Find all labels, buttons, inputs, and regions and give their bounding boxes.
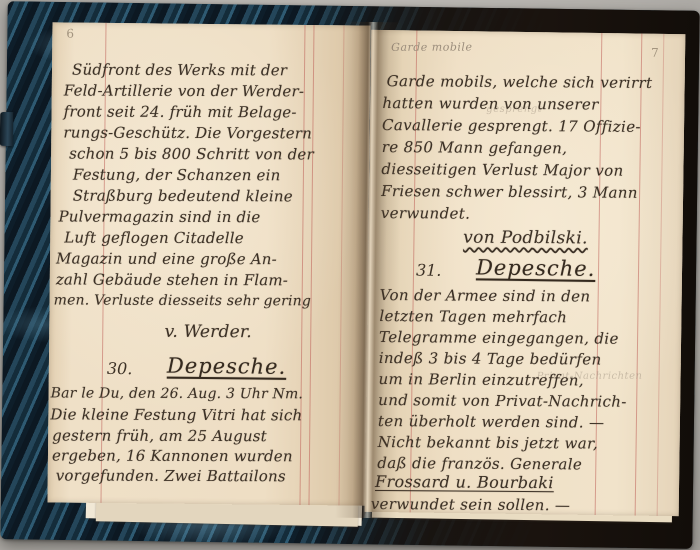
handwriting-line: schon 5 bis 800 Schritt von der [69, 144, 363, 165]
handwriting-line: um in Berlin einzutreffen, [378, 369, 674, 391]
handwriting-line: Cavallerie gesprengt. 17 Offizie- [382, 115, 678, 137]
depesche-number: 31. [416, 260, 442, 279]
handwriting-line: Friesen schwer blessirt, 3 Mann [381, 181, 677, 203]
handwriting-line: Garde mobils, welche sich verirrt [387, 71, 679, 93]
handwriting-line: rungs-Geschütz. Die Vorgestern [63, 123, 363, 144]
depesche-number: 30. [107, 359, 133, 378]
handwriting-line: zahl Gebäude stehen in Flam- [56, 269, 362, 290]
right-page: 7 Garde mobile gesprengt Privat-Nachrich… [365, 30, 686, 516]
section-heading-31: 31. Depesche. [368, 254, 682, 258]
handwriting-line: verwundet. [381, 203, 677, 225]
handwriting-line-underlined: Frossard u. Bourbaki [375, 472, 673, 494]
handwriting-line: und somit von Privat-Nachrich- [378, 390, 674, 412]
handwriting-line: hatten wurden von unserer [382, 93, 678, 115]
page-number-left: 6 [66, 27, 74, 41]
handwriting-line: Festung, der Schanzen ein [73, 165, 363, 186]
depesche-title: Depesche. [476, 255, 596, 281]
handwriting-line: front seit 24. früh mit Belage- [64, 102, 364, 123]
handwriting-line: re 850 Mann gefangen, [382, 137, 678, 159]
handwriting-line: ergeben, 16 Kannonen wurden [52, 445, 360, 466]
handwriting-line: Luft geflogen Citadelle [64, 228, 362, 249]
handwriting-line: Südfront des Werks mit der [72, 60, 364, 81]
cover-clasp [0, 112, 13, 146]
handwriting-line: Magazin und eine große An- [56, 248, 362, 269]
photo-backdrop: 6 Südfront des Werks mit der Feld-Artill… [0, 0, 700, 550]
handwriting-line: Telegramme eingegangen, die [379, 327, 675, 349]
signature-werder: v. Werder. [49, 321, 367, 342]
handwriting-line: letzten Tagen mehrfach [379, 306, 675, 328]
handwriting-line: Von der Armee sind in den [380, 285, 676, 307]
handwriting-line: ten überholt werden sind. — [378, 411, 674, 433]
left-page: 6 Südfront des Werks mit der Feld-Artill… [47, 22, 370, 505]
handwriting-line: diesseitigen Verlust Major von [381, 159, 677, 181]
pencil-annotation-garde-mobile: Garde mobile [391, 41, 472, 54]
handwriting-line: Die kleine Festung Vitri hat sich [50, 404, 360, 425]
handwriting-line: verwundet sein sollen. — [371, 494, 673, 516]
handwriting-line: gestern früh, am 25 August [52, 425, 360, 446]
handwriting-line: Bar le Du, den 26. Aug. 3 Uhr Nm. [51, 383, 361, 404]
page-number-right: 7 [651, 46, 659, 60]
section-heading-30: 30. Depesche. [49, 352, 367, 355]
signature-podbilski: von Podbilski. [368, 227, 682, 249]
handwriting-line: Pulvermagazin sind in die [58, 206, 362, 227]
handwriting-line: Nicht bekannt bis jetzt war, [378, 432, 674, 454]
handwriting-line: indeß 3 bis 4 Tage bedürfen [379, 348, 675, 370]
depesche-title: Depesche. [167, 354, 287, 379]
handwriting-line: Feld-Artillerie von der Werder- [64, 81, 364, 102]
handwriting-line: vorgefunden. Zwei Battailons [56, 465, 360, 486]
handwriting-line: Straßburg bedeutend kleine [73, 186, 363, 207]
handwriting-line: men. Verluste diesseits sehr gering [54, 290, 362, 311]
